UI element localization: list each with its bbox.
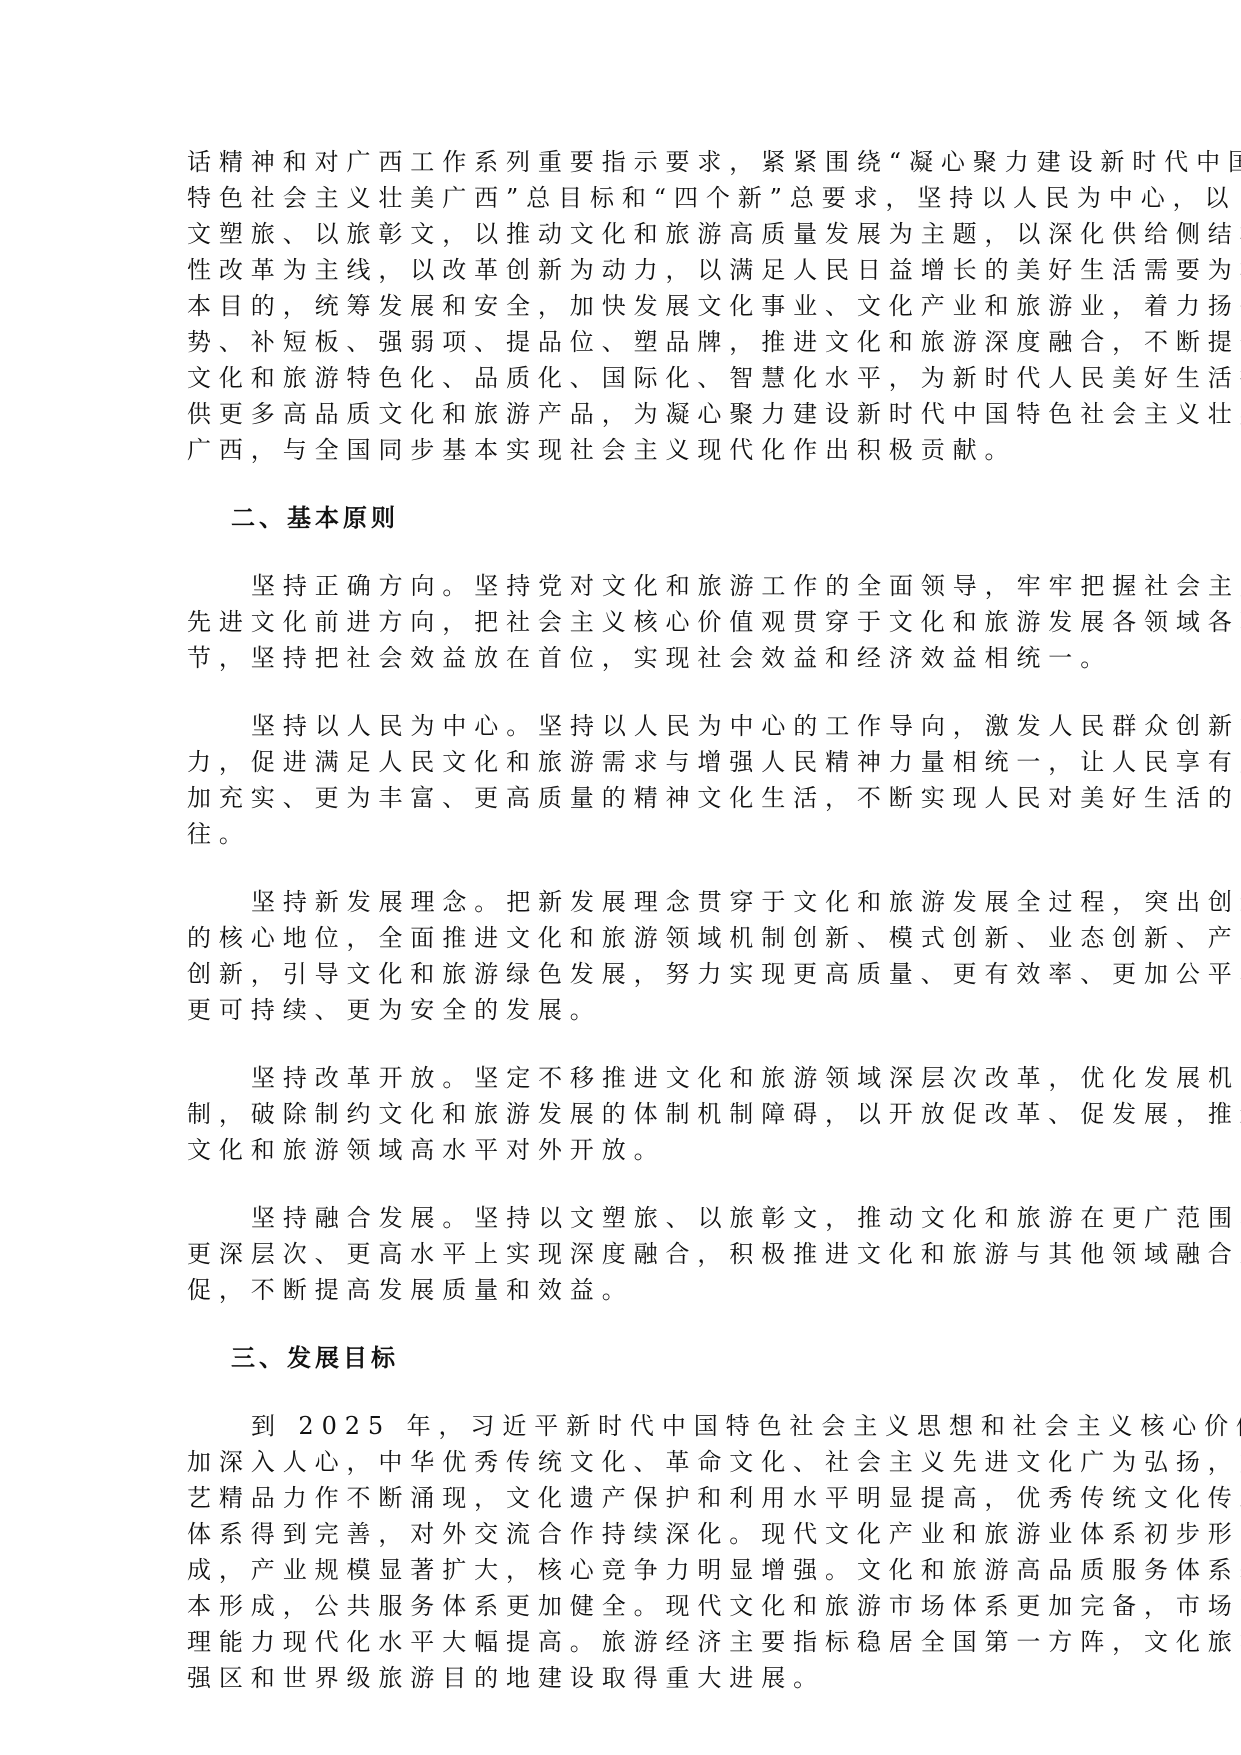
text-line: 势、补短板、强弱项、提品位、塑品牌，推进文化和旅游深度融合，不断提升 [187, 324, 1053, 360]
text-line: 特色社会主义壮美广西”总目标和“四个新”总要求，坚持以人民为中心，以 [187, 180, 1053, 216]
principle-paragraph-direction: 坚持正确方向。坚持党对文化和旅游工作的全面领导，牢牢把握社会主义 先进文化前进方… [187, 568, 1053, 676]
text-line: 创新，引导文化和旅游绿色发展，努力实现更高质量、更有效率、更加公平、 [187, 956, 1053, 992]
principle-paragraph-people-centered: 坚持以人民为中心。坚持以人民为中心的工作导向，激发人民群众创新活 力，促进满足人… [187, 708, 1053, 852]
text-line: 文化和旅游特色化、品质化、国际化、智慧化水平，为新时代人民美好生活提 [187, 360, 1053, 396]
document-page: 话精神和对广西工作系列重要指示要求，紧紧围绕“凝心聚力建设新时代中国 特色社会主… [187, 144, 1053, 1728]
section-heading-development-goals: 三、发展目标 [187, 1340, 1053, 1376]
text-line: 力，促进满足人民文化和旅游需求与增强人民精神力量相统一，让人民享有更 [187, 744, 1053, 780]
text-line: 坚持新发展理念。把新发展理念贯穿于文化和旅游发展全过程，突出创新 [187, 884, 1053, 920]
section-heading-basic-principles: 二、基本原则 [187, 500, 1053, 536]
principle-paragraph-reform-opening: 坚持改革开放。坚定不移推进文化和旅游领域深层次改革，优化发展机 制，破除制约文化… [187, 1060, 1053, 1168]
text-line: 本目的，统筹发展和安全，加快发展文化事业、文化产业和旅游业，着力扬优 [187, 288, 1053, 324]
text-line: 广西，与全国同步基本实现社会主义现代化作出积极贡献。 [187, 432, 1053, 468]
text-line: 强区和世界级旅游目的地建设取得重大进展。 [187, 1660, 1053, 1696]
text-line: 更可持续、更为安全的发展。 [187, 992, 1053, 1028]
text-line: 坚持融合发展。坚持以文塑旅、以旅彰文，推动文化和旅游在更广范围、 [187, 1200, 1053, 1236]
text-line: 理能力现代化水平大幅提高。旅游经济主要指标稳居全国第一方阵，文化旅游 [187, 1624, 1053, 1660]
text-line: 先进文化前进方向，把社会主义核心价值观贯穿于文化和旅游发展各领域各环 [187, 604, 1053, 640]
text-line: 坚持以人民为中心。坚持以人民为中心的工作导向，激发人民群众创新活 [187, 708, 1053, 744]
goals-paragraph-2025: 到 2025 年，习近平新时代中国特色社会主义思想和社会主义核心价值观更 加深入… [187, 1408, 1053, 1696]
text-line: 坚持改革开放。坚定不移推进文化和旅游领域深层次改革，优化发展机 [187, 1060, 1053, 1096]
text-line: 体系得到完善，对外交流合作持续深化。现代文化产业和旅游业体系初步形 [187, 1516, 1053, 1552]
text-line: 话精神和对广西工作系列重要指示要求，紧紧围绕“凝心聚力建设新时代中国 [187, 144, 1053, 180]
text-line: 的核心地位，全面推进文化和旅游领域机制创新、模式创新、业态创新、产品 [187, 920, 1053, 956]
text-line: 坚持正确方向。坚持党对文化和旅游工作的全面领导，牢牢把握社会主义 [187, 568, 1053, 604]
text-line: 加充实、更为丰富、更高质量的精神文化生活，不断实现人民对美好生活的向 [187, 780, 1053, 816]
principle-paragraph-integration: 坚持融合发展。坚持以文塑旅、以旅彰文，推动文化和旅游在更广范围、 更深层次、更高… [187, 1200, 1053, 1308]
text-line: 更深层次、更高水平上实现深度融合，积极推进文化和旅游与其他领域融合互 [187, 1236, 1053, 1272]
text-line: 加深入人心，中华优秀传统文化、革命文化、社会主义先进文化广为弘扬，文 [187, 1444, 1053, 1480]
text-line: 往。 [187, 816, 1053, 852]
text-line: 供更多高品质文化和旅游产品，为凝心聚力建设新时代中国特色社会主义壮美 [187, 396, 1053, 432]
text-line: 文化和旅游领域高水平对外开放。 [187, 1132, 1053, 1168]
text-line: 到 2025 年，习近平新时代中国特色社会主义思想和社会主义核心价值观更 [187, 1408, 1053, 1444]
text-line: 节，坚持把社会效益放在首位，实现社会效益和经济效益相统一。 [187, 640, 1053, 676]
text-line: 本形成，公共服务体系更加健全。现代文化和旅游市场体系更加完备，市场治 [187, 1588, 1053, 1624]
principle-paragraph-new-philosophy: 坚持新发展理念。把新发展理念贯穿于文化和旅游发展全过程，突出创新 的核心地位，全… [187, 884, 1053, 1028]
text-line: 文塑旅、以旅彰文，以推动文化和旅游高质量发展为主题，以深化供给侧结构 [187, 216, 1053, 252]
text-line: 成，产业规模显著扩大，核心竞争力明显增强。文化和旅游高品质服务体系基 [187, 1552, 1053, 1588]
text-line: 促，不断提高发展质量和效益。 [187, 1272, 1053, 1308]
text-line: 制，破除制约文化和旅游发展的体制机制障碍，以开放促改革、促发展，推进 [187, 1096, 1053, 1132]
intro-paragraph: 话精神和对广西工作系列重要指示要求，紧紧围绕“凝心聚力建设新时代中国 特色社会主… [187, 144, 1053, 468]
text-line: 性改革为主线，以改革创新为动力，以满足人民日益增长的美好生活需要为根 [187, 252, 1053, 288]
text-line: 艺精品力作不断涌现，文化遗产保护和利用水平明显提高，优秀传统文化传承 [187, 1480, 1053, 1516]
